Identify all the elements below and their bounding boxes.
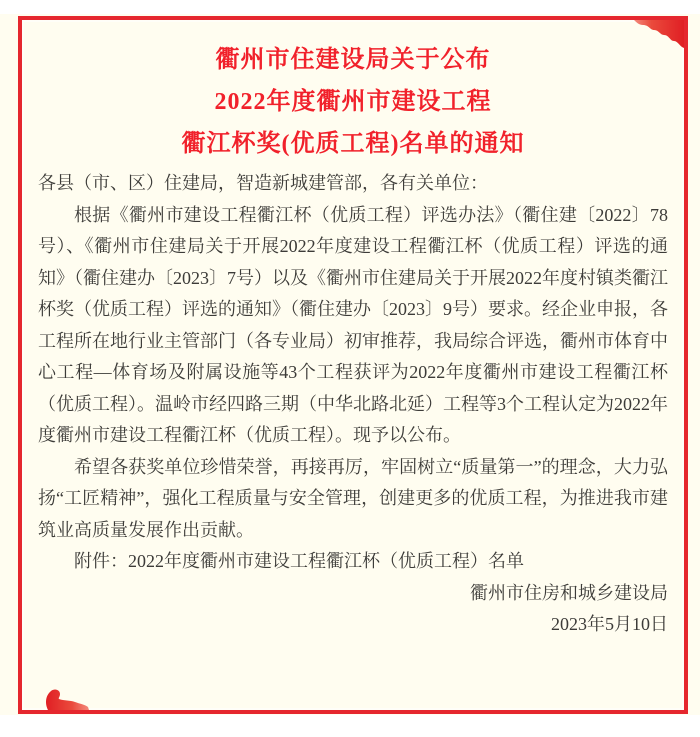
notice-title-line-3: 衢江杯奖(优质工程)名单的通知 xyxy=(38,123,668,165)
corner-brush-icon xyxy=(634,20,684,48)
ink-splash-icon xyxy=(44,686,90,710)
notice-frame: 衢州市住建设局关于公布 2022年度衢州市建设工程 衢江杯奖(优质工程)名单的通… xyxy=(18,16,688,714)
salutation-line: 各县（市、区）住建局，智造新城建管部，各有关单位： xyxy=(38,168,668,200)
notice-body: 各县（市、区）住建局，智造新城建管部，各有关单位： 根据《衢州市建设工程衢江杯（… xyxy=(38,168,668,641)
notice-date: 2023年5月10日 xyxy=(551,609,668,641)
body-paragraph: 根据《衢州市建设工程衢江杯（优质工程）评选办法》（衢住建〔2022〕78号）、《… xyxy=(38,200,668,452)
signature-block: 衢州市住房和城乡建设局 2023年5月10日 xyxy=(38,578,668,641)
body-paragraph: 希望各获奖单位珍惜荣誉，再接再厉，牢固树立“质量第一”的理念，大力弘扬“工匠精神… xyxy=(38,452,668,547)
notice-title-line-2: 2022年度衢州市建设工程 xyxy=(38,81,668,123)
issuer-signature: 衢州市住房和城乡建设局 xyxy=(470,578,668,610)
notice-title: 衢州市住建设局关于公布 2022年度衢州市建设工程 衢江杯奖(优质工程)名单的通… xyxy=(38,39,668,165)
attachment-line: 附件：2022年度衢州市建设工程衢江杯（优质工程）名单 xyxy=(38,546,668,578)
notice-title-line-1: 衢州市住建设局关于公布 xyxy=(38,39,668,81)
